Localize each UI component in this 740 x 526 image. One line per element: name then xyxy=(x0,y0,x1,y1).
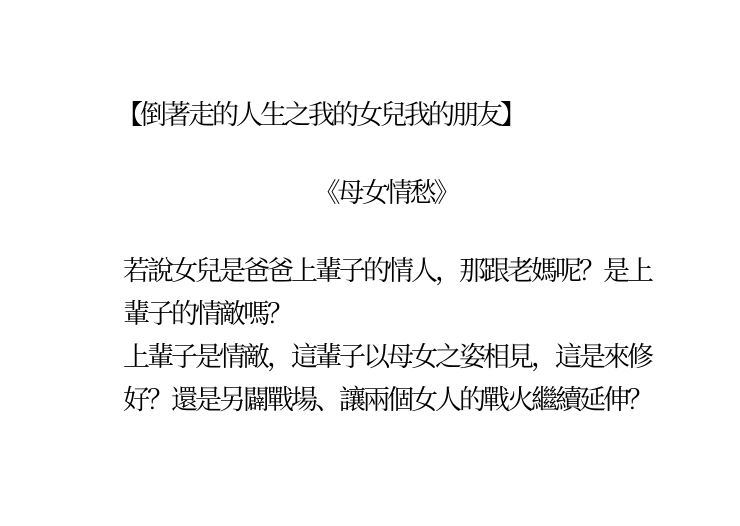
document-page: 【倒著走的人生之我的女兒我的朋友】 《母女情愁》 若說女兒是爸爸上輩子的情人，那… xyxy=(0,0,740,526)
document-subtitle: 《母女情愁》 xyxy=(123,178,648,208)
paragraph-line-4: 好？還是另闢戰場、讓兩個女人的戰火繼續延伸？ xyxy=(123,379,683,422)
document-title: 【倒著走的人生之我的女兒我的朋友】 xyxy=(116,100,656,130)
paragraph-line-2: 輩子的情敵嗎？ xyxy=(123,293,683,336)
paragraph-line-1: 若說女兒是爸爸上輩子的情人，那跟老媽呢？是上 xyxy=(123,250,683,293)
document-paragraph: 若說女兒是爸爸上輩子的情人，那跟老媽呢？是上 輩子的情敵嗎？ 上輩子是情敵，這輩… xyxy=(123,250,683,422)
paragraph-line-3: 上輩子是情敵，這輩子以母女之姿相見，這是來修 xyxy=(123,336,683,379)
